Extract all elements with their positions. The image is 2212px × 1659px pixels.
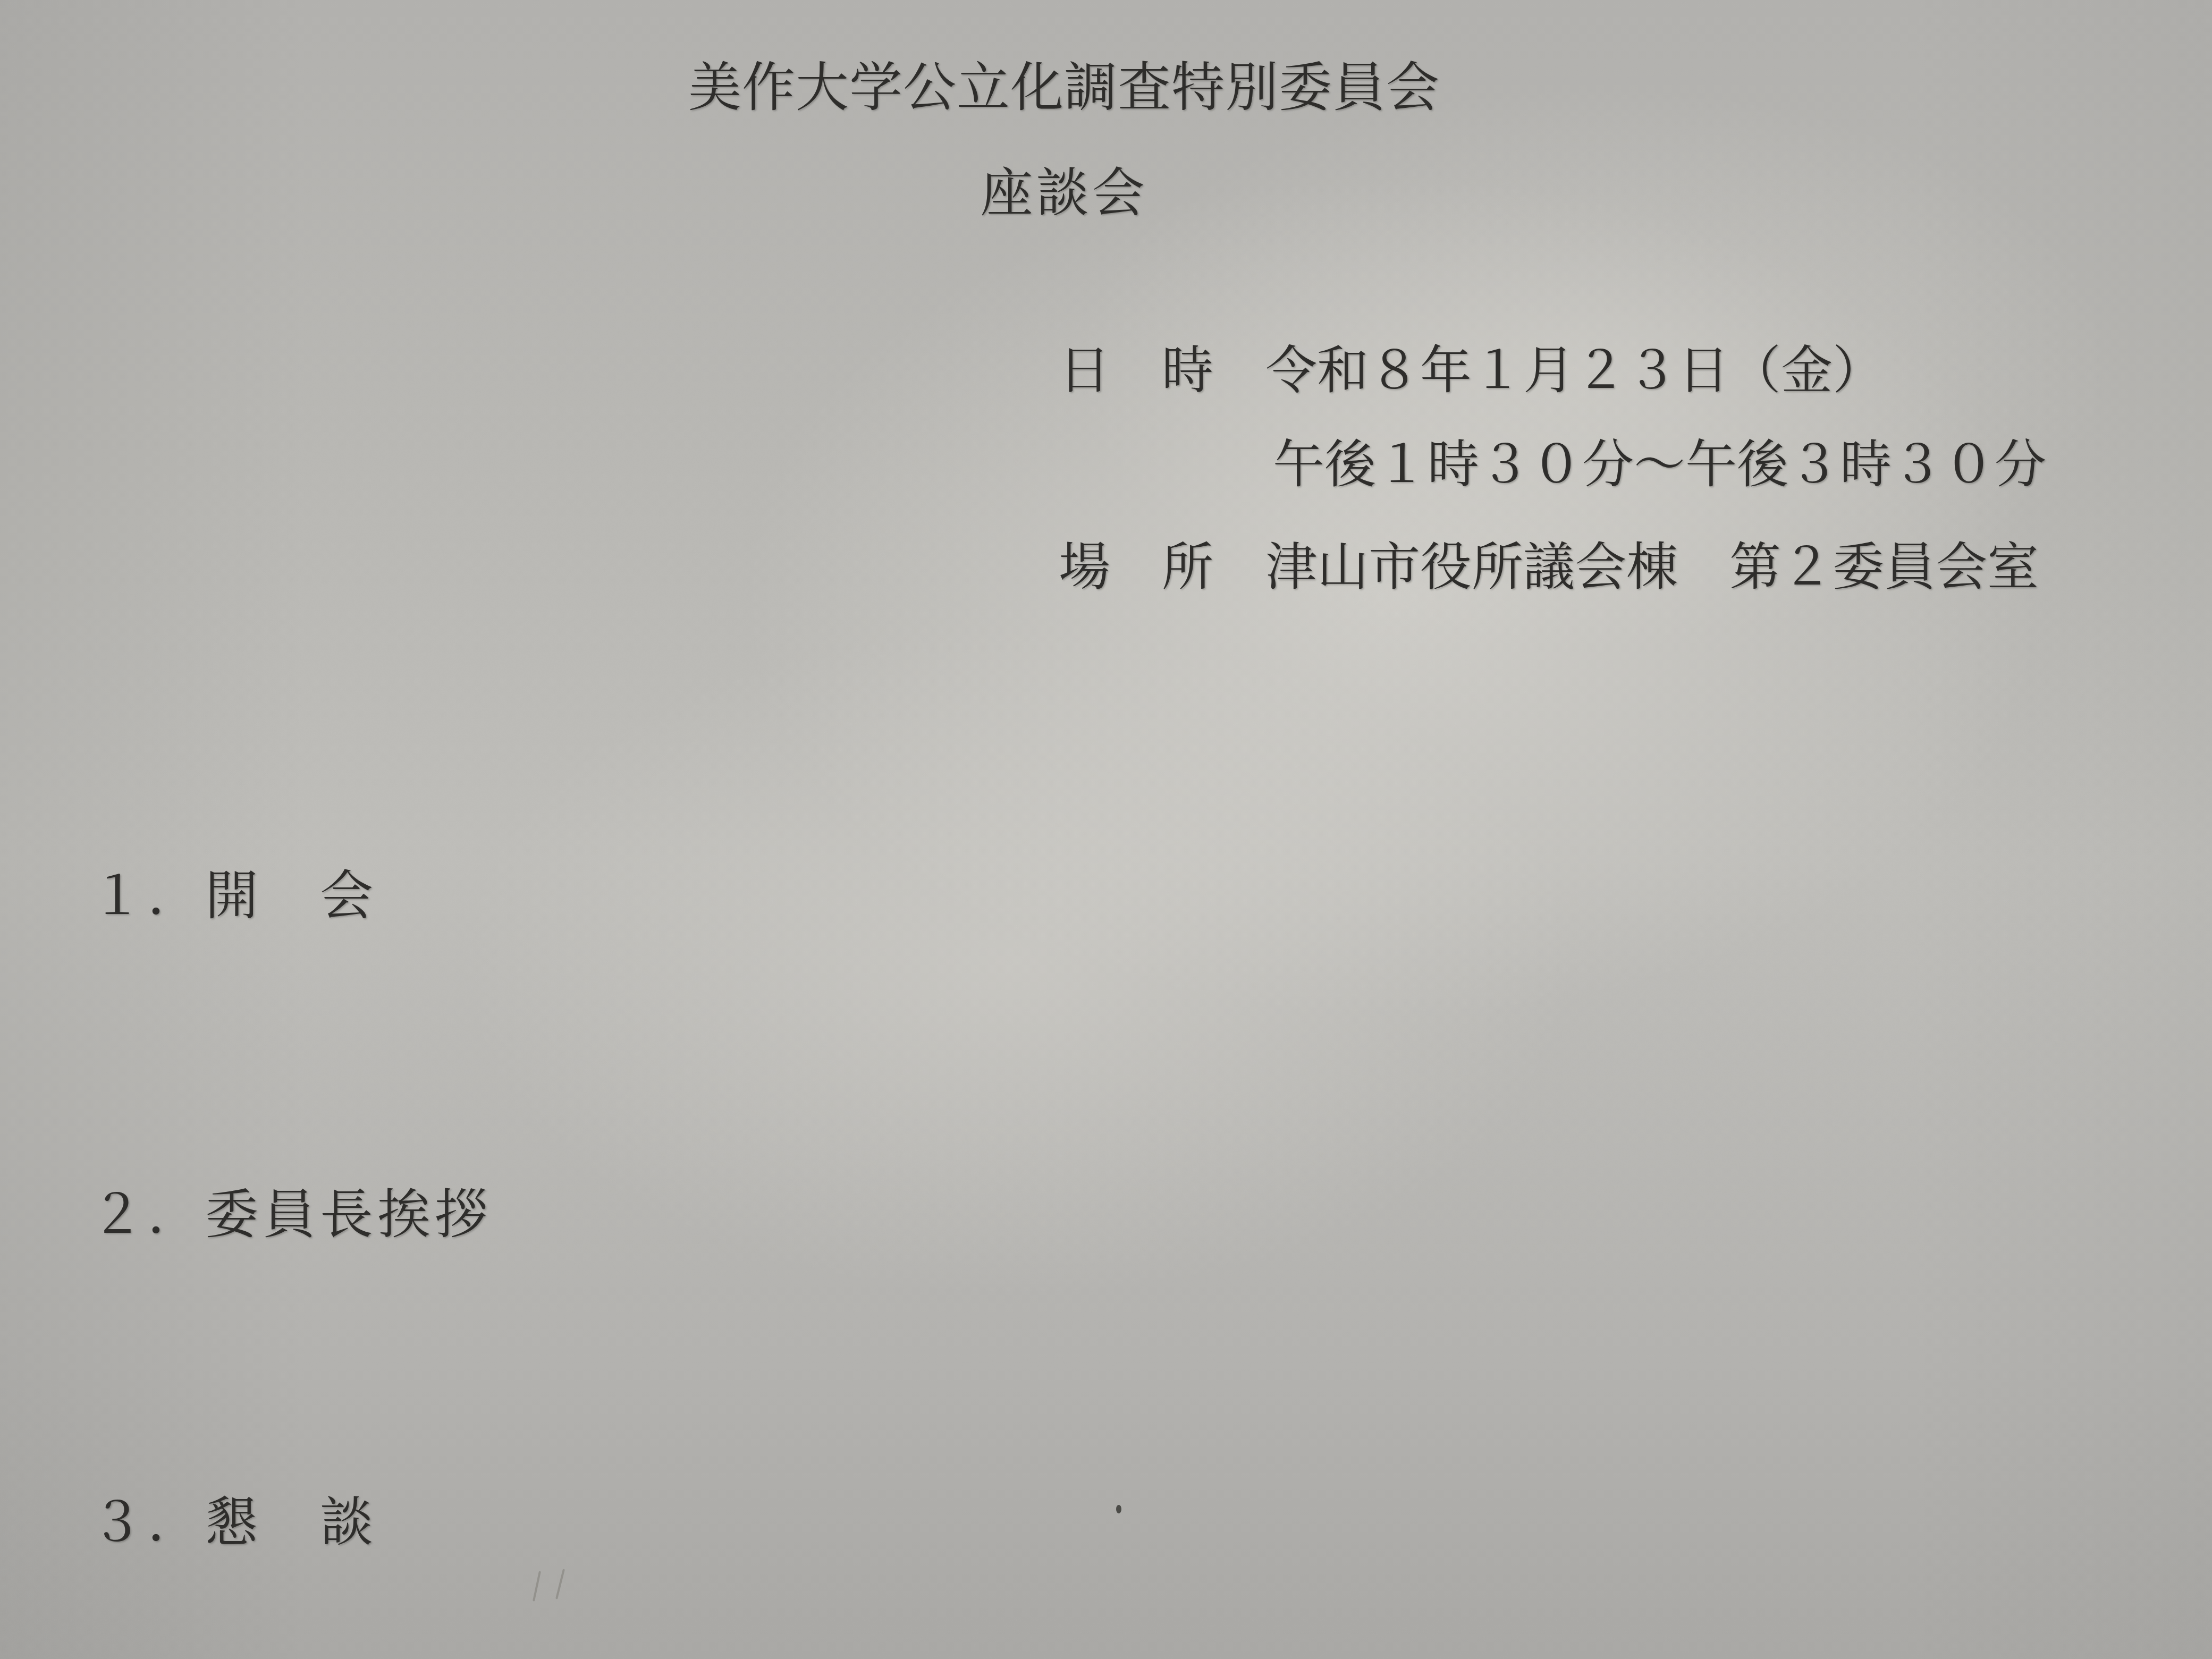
date-label: 日 時: [1059, 341, 1213, 399]
document-subtitle: 座談会: [981, 151, 1148, 226]
place-line: 場 所津山市役所議会棟 第２委員会室: [1059, 541, 2046, 592]
place-label: 場 所: [1059, 538, 1213, 596]
time-value: 午後１時３０分～午後３時３０分: [1273, 435, 2046, 493]
agenda-item-discussion: ３．懇 談: [90, 1496, 492, 1549]
pencil-mark: [533, 1571, 541, 1602]
date-value: 令和８年１月２３日（金）: [1265, 341, 1884, 399]
pencil-mark: [555, 1569, 565, 1599]
date-line: 日 時令和８年１月２３日（金）: [1059, 344, 2046, 396]
document-title: 美作大学公立化調査特別委員会: [688, 45, 1440, 121]
meeting-info-block: 日 時令和８年１月２３日（金） 午後１時３０分～午後３時３０分 場 所津山市役所…: [1059, 344, 2046, 592]
place-value: 津山市役所議会棟 第２委員会室: [1265, 538, 2039, 596]
document-photo: 美作大学公立化調査特別委員会 座談会 日 時令和８年１月２３日（金） 午後１時３…: [0, 0, 2212, 1659]
agenda-list: １．開 会 ２．委員長挨拶 ３．懇 談: [90, 869, 492, 1549]
paper-speck: [1116, 1505, 1121, 1513]
time-line: 午後１時３０分～午後３時３０分: [1059, 438, 2046, 490]
agenda-item-opening: １．開 会: [90, 869, 492, 922]
agenda-item-chair-greeting: ２．委員長挨拶: [90, 1188, 492, 1241]
